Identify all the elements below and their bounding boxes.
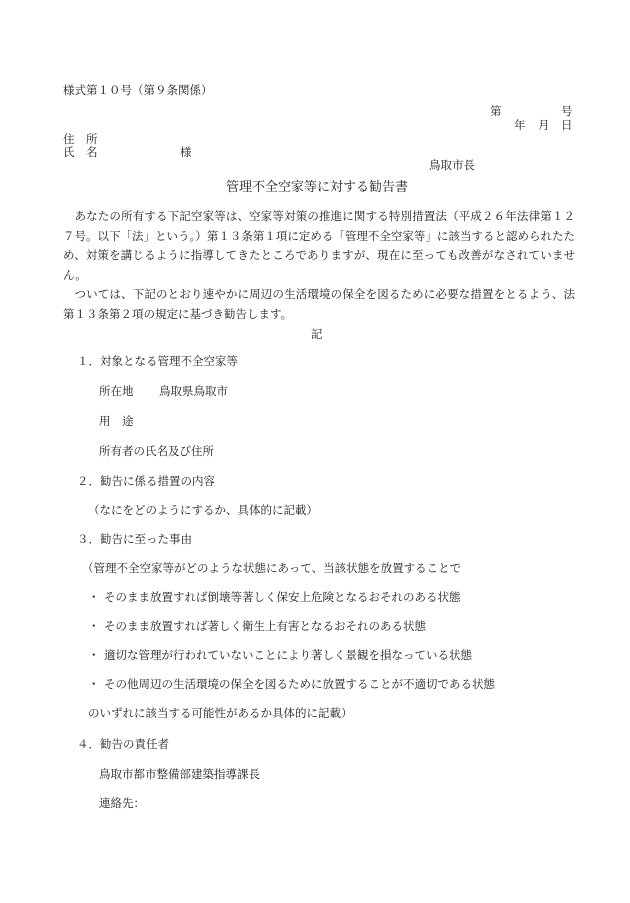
reason-item: そのまま放置すれば著しく衛生上有害となるおそれのある状態 — [104, 619, 426, 633]
name-label: 氏 名 — [63, 145, 98, 159]
address-label: 住 所 — [63, 132, 98, 146]
section-2-heading: ２．勧告に係る措置の内容 — [77, 474, 215, 488]
document-number-prefix: 第 — [490, 104, 502, 118]
owner-label: 所有者の氏名及び住所 — [99, 444, 214, 458]
ki-heading: 記 — [311, 327, 323, 341]
bullet-icon: ・ — [88, 677, 100, 691]
date-day-label: 日 — [561, 118, 573, 132]
date-year-label: 年 — [514, 118, 526, 132]
body-text: あなたの所有する下記空家等は、空家等対策の推進に関する特別措置法（平成２６年法律… — [63, 207, 575, 324]
section-3-intro: （管理不全空家等がどのような状態にあって、当該状態を放置することで — [82, 561, 461, 575]
issuer: 鳥取市長 — [429, 158, 475, 172]
form-number: 様式第１０号（第９条関係） — [63, 83, 213, 97]
reason-item: その他周辺の生活環境の保全を図るために放置することが不適切である状態 — [104, 677, 495, 691]
contact-label: 連絡先： — [99, 796, 145, 810]
body-paragraph-1: あなたの所有する下記空家等は、空家等対策の推進に関する特別措置法（平成２６年法律… — [63, 207, 575, 285]
document-number-suffix: 号 — [561, 104, 573, 118]
document-title: 管理不全空家等に対する勧告書 — [226, 181, 408, 195]
bullet-icon: ・ — [88, 619, 100, 633]
section-2-note: （なにをどのようにするか、具体的に記載） — [88, 503, 318, 517]
body-paragraph-2: ついては、下記のとおり速やかに周辺の生活環境の保全を図るために必要な措置をとるよ… — [63, 285, 575, 324]
reason-item: 適切な管理が行われていないことにより著しく景観を損なっている状態 — [104, 648, 472, 662]
honorific: 様 — [180, 145, 192, 159]
section-3-heading: ３．勧告に至った事由 — [77, 532, 192, 546]
section-1-heading: １．対象となる管理不全空家等 — [77, 354, 238, 368]
bullet-icon: ・ — [88, 648, 100, 662]
section-4-heading: ４．勧告の責任者 — [77, 737, 169, 751]
reason-item: そのまま放置すれば倒壊等著しく保安上危険となるおそれのある状態 — [104, 590, 461, 604]
responsible-person: 鳥取市都市整備部建築指導課長 — [99, 767, 260, 781]
date-month-label: 月 — [538, 118, 550, 132]
location-value: 鳥取県鳥取市 — [159, 384, 228, 398]
usage-label: 用 途 — [99, 414, 134, 428]
location-label: 所在地 — [99, 384, 134, 398]
bullet-icon: ・ — [88, 590, 100, 604]
section-3-outro: のいずれに該当する可能性があるか具体的に記載） — [88, 706, 353, 720]
